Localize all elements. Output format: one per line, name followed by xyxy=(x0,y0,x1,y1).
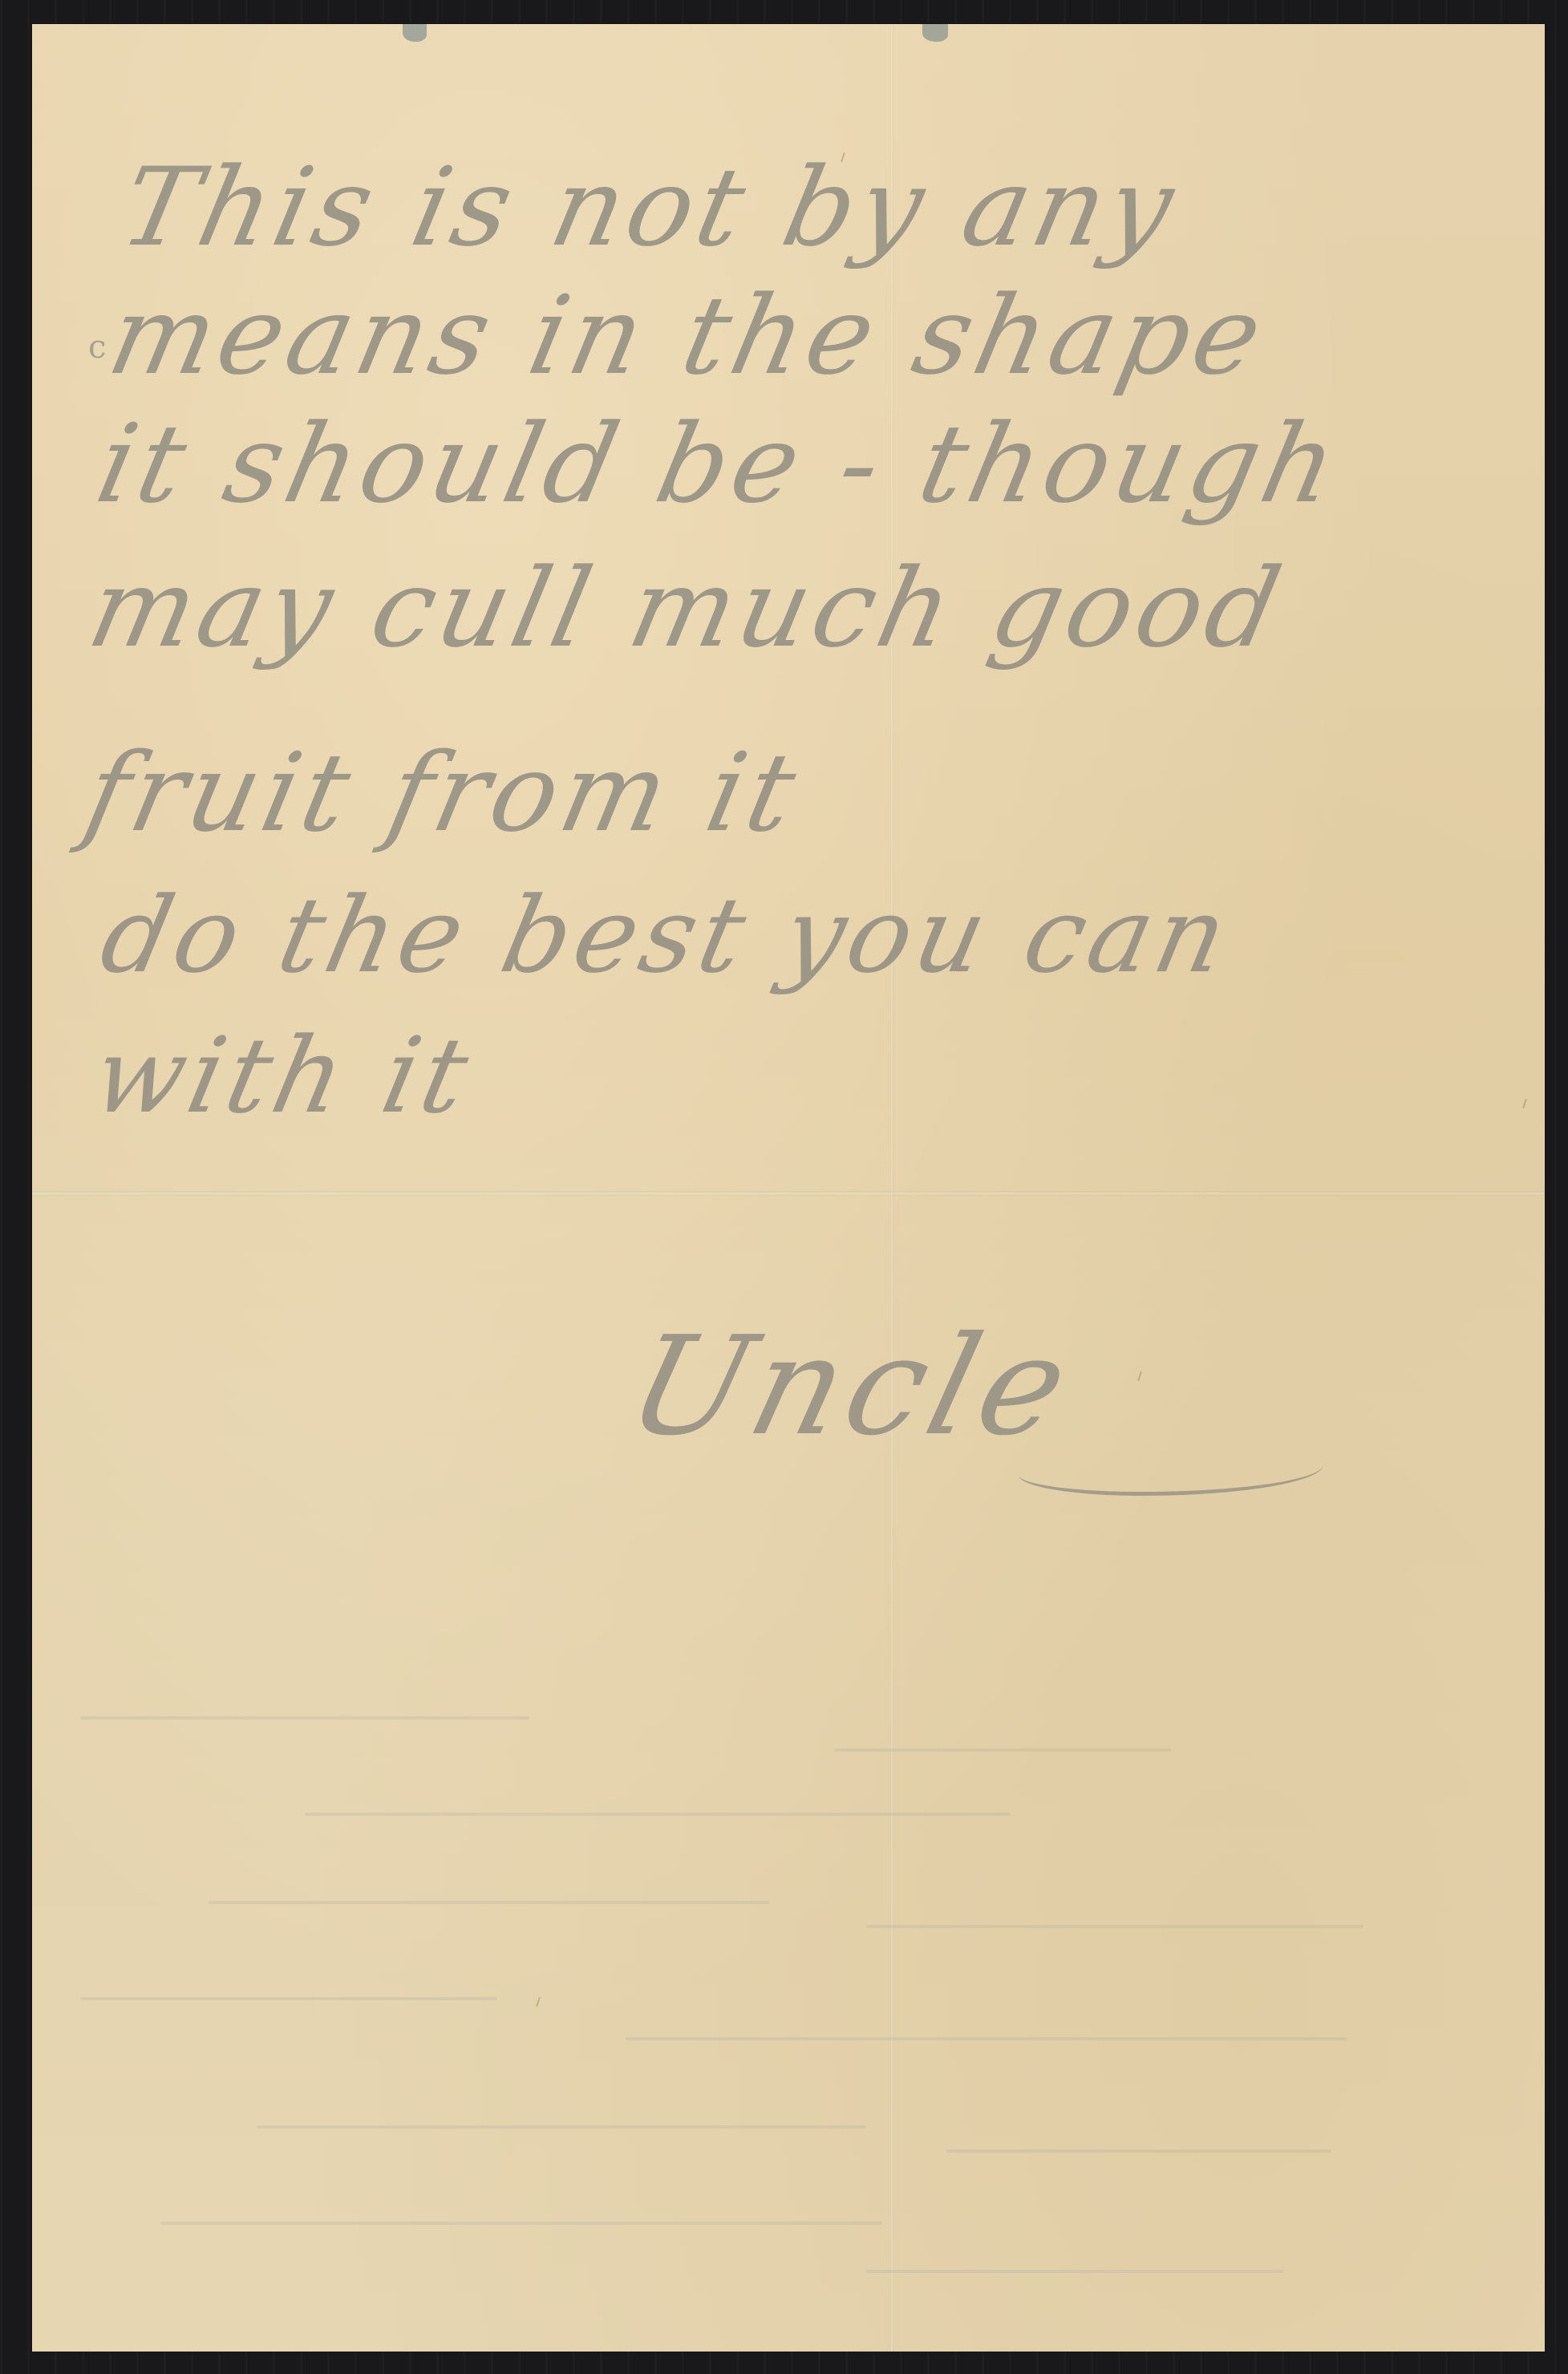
signature-flourish xyxy=(1019,1444,1323,1496)
margin-mark: c xyxy=(88,329,106,366)
letter-page: c This is not by any means in the shape … xyxy=(32,24,1545,2352)
letter-line: fruit from it xyxy=(75,730,810,856)
letter-line: means in the shape xyxy=(99,273,1277,399)
letter-line: do the best you can xyxy=(91,874,1242,996)
signature: Uncle xyxy=(614,1307,1088,1466)
reverse-side-bleed-through xyxy=(64,1660,1540,2318)
letter-line: may cull much good xyxy=(79,545,1295,671)
letter-line: This is not by any xyxy=(111,144,1189,270)
letter-line: with it xyxy=(83,1015,483,1136)
letter-line: it should be - though xyxy=(87,401,1351,527)
